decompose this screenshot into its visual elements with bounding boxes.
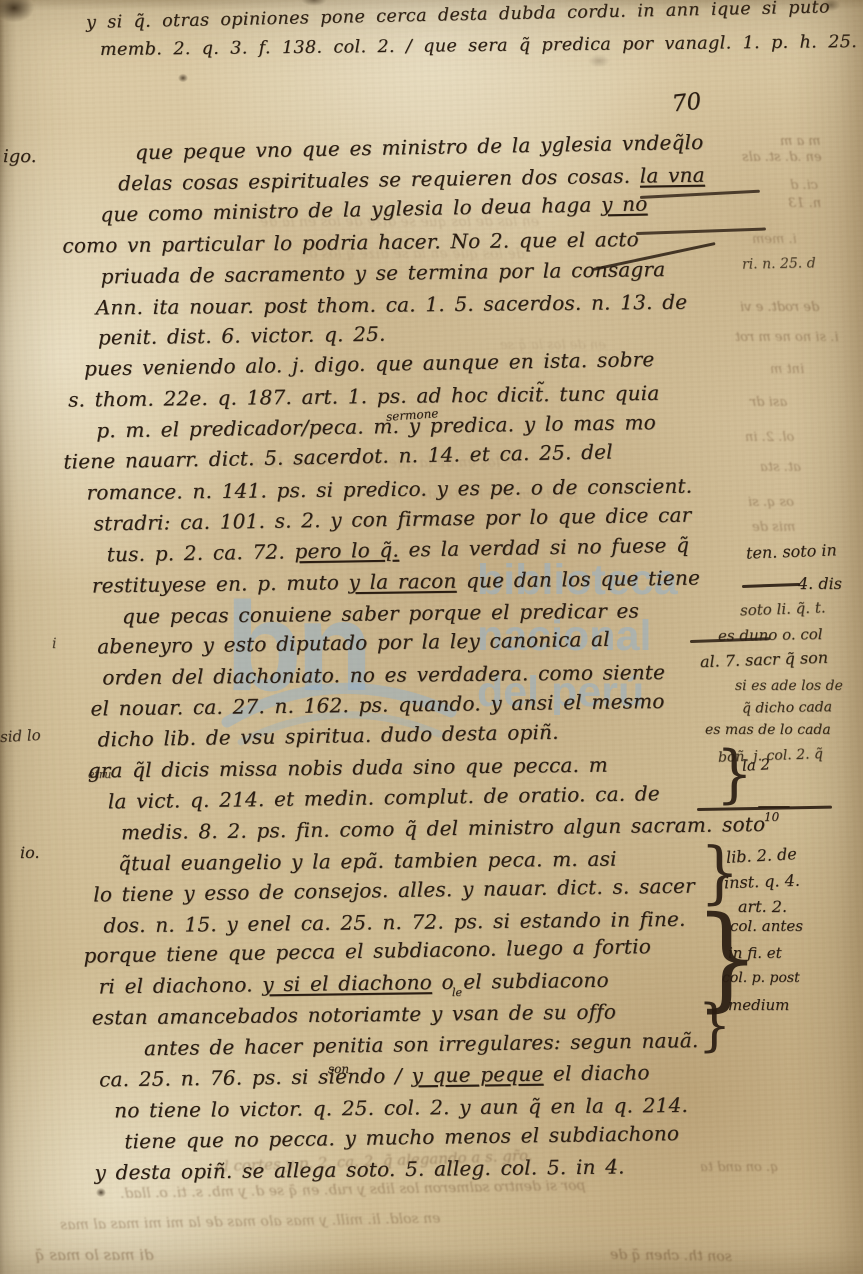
page-vignette — [0, 0, 863, 1274]
manuscript-scan: m a men .d. st. alsci. dn. 13i. memde ro… — [0, 0, 863, 1274]
